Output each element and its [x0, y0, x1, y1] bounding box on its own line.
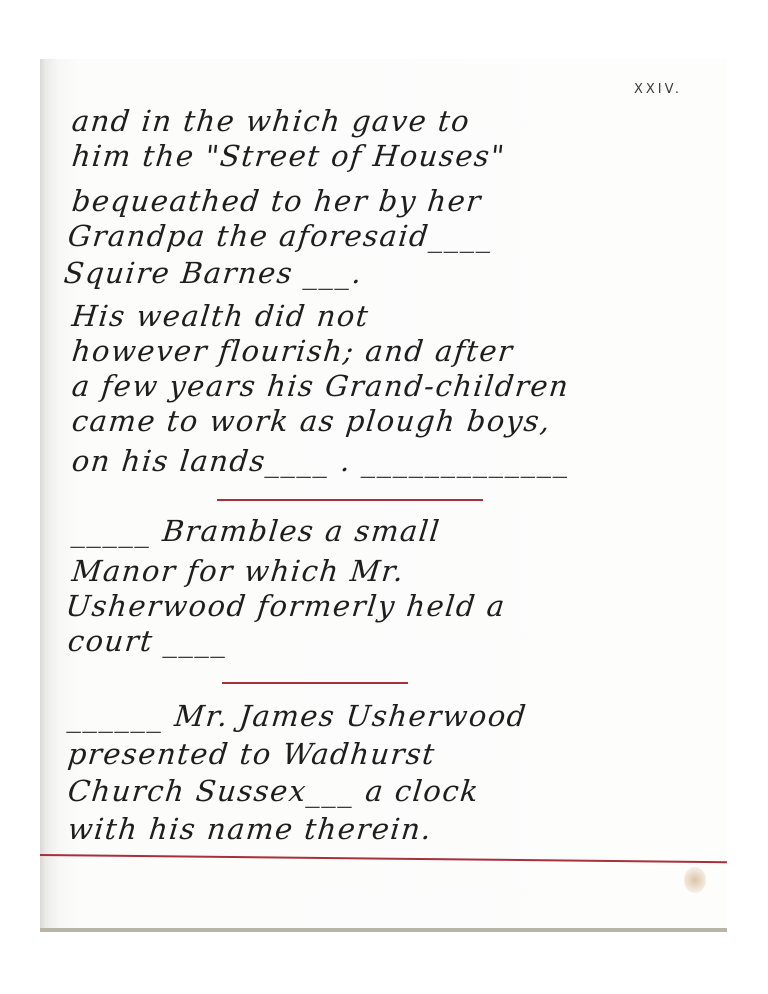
- text-line: Usherwood formerly held a: [64, 589, 507, 623]
- text-line: and in the which gave to: [70, 104, 472, 138]
- text-line: Manor for which Mr.: [70, 554, 406, 588]
- text-line: a few years his Grand-children: [70, 369, 571, 403]
- text-line: His wealth did not: [70, 299, 371, 333]
- text-line: however flourish; and after: [70, 334, 515, 368]
- text-line: court ____: [66, 624, 230, 658]
- text-line: ______ Mr. James Usherwood: [66, 699, 529, 733]
- text-line: him the "Street of Houses": [70, 139, 507, 173]
- text-line: bequeathed to her by her: [70, 184, 483, 218]
- text-line: Squire Barnes ___.: [62, 256, 364, 290]
- manuscript-page: XXIV. and in the which gave to him the "…: [40, 59, 727, 928]
- text-line: came to work as plough boys,: [70, 404, 553, 438]
- red-divider-rule: [222, 682, 408, 684]
- text-line: _____ Brambles a small: [70, 514, 442, 548]
- text-line: Grandpa the aforesaid____: [66, 219, 495, 253]
- page-number: XXIV.: [634, 82, 682, 97]
- text-line: on his lands____ . _____________: [70, 444, 572, 478]
- text-line: presented to Wadhurst: [66, 737, 437, 771]
- text-line: with his name therein.: [66, 812, 434, 846]
- paper-stain: [684, 867, 706, 893]
- text-line: Church Sussex___ a clock: [66, 774, 481, 808]
- red-bottom-rule: [40, 854, 727, 863]
- red-divider-rule: [217, 499, 483, 501]
